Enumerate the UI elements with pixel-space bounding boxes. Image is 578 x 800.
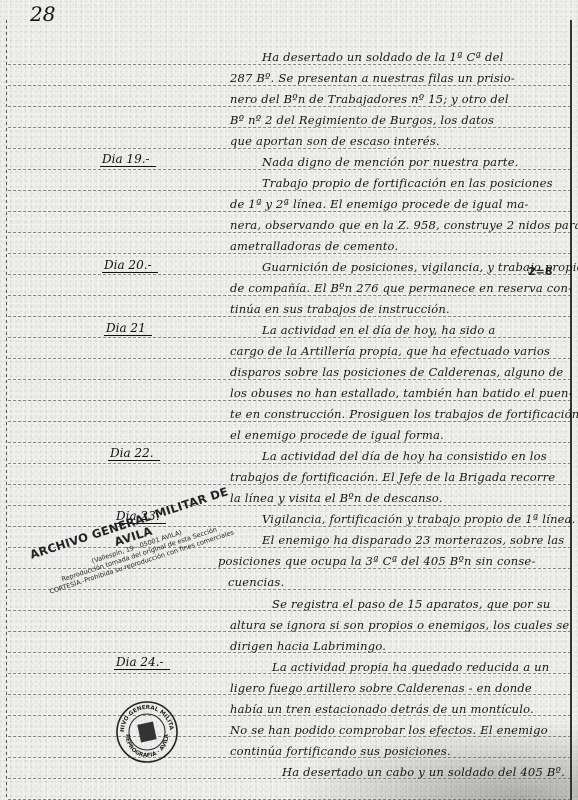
day-label-22: Dia 22. <box>108 446 160 461</box>
ruled-line <box>8 358 570 359</box>
ruled-line <box>8 148 570 149</box>
handwritten-line: Vigilancia, fortificación y trabajo prop… <box>262 512 576 526</box>
handwritten-line: Guarnición de posiciones, vigilancia, y … <box>262 260 578 274</box>
ruled-line <box>8 127 570 128</box>
ruled-line <box>8 295 570 296</box>
handwritten-line: ametralladoras de cemento. <box>230 239 398 253</box>
page-number: 28 <box>30 2 55 26</box>
ruled-line <box>8 190 570 191</box>
seal-emblem-icon: ARCHIVO GENERAL MILITAR DE REPROGRAFIA ·… <box>115 700 179 764</box>
handwritten-line: cargo de la Artillería propia, que ha ef… <box>230 344 550 358</box>
handwritten-line: posiciones que ocupa la 3ª Cª del 405 Bº… <box>218 554 536 568</box>
handwritten-line: Ha desertado un soldado de la 1ª Cª del <box>262 50 503 64</box>
handwritten-line: altura se ignora si son propios o enemig… <box>230 618 569 632</box>
document-page: 28 2=8 Dia 19.- Dia 20.- Dia 21 Dia 22. … <box>0 0 578 800</box>
handwritten-line: Se registra el paso de 15 aparatos, que … <box>272 597 551 611</box>
handwritten-line: Trabajo propio de fortificación en las p… <box>262 176 553 190</box>
ruled-line <box>8 169 570 170</box>
handwritten-line: te en construcción. Prosiguen los trabaj… <box>230 407 578 421</box>
archive-seal: ARCHIVO GENERAL MILITAR DE REPROGRAFIA ·… <box>115 700 179 764</box>
handwritten-line: de compañía. El Bºn 276 que permanece en… <box>230 281 572 295</box>
ruled-line <box>8 442 570 443</box>
handwritten-line: Nada digno de mención por nuestra parte. <box>262 155 519 169</box>
handwritten-line: tinúa en sus trabajos de instrucción. <box>230 302 450 316</box>
ruled-line <box>8 316 570 317</box>
ruled-line <box>8 64 570 65</box>
ruled-line <box>8 211 570 212</box>
handwritten-line: 287 Bº. Se presentan a nuestras filas un… <box>230 71 515 85</box>
ruled-line <box>8 400 570 401</box>
ruled-line <box>8 274 570 275</box>
ruled-line <box>8 253 570 254</box>
handwritten-line: nero del Bºn de Trabajadores nº 15; y ot… <box>230 92 509 106</box>
ruled-line <box>8 421 570 422</box>
handwritten-line: ligero fuego artillero sobre Calderenas … <box>230 681 532 695</box>
ruled-line <box>8 589 570 590</box>
day-label-20: Dia 20.- <box>102 258 158 273</box>
handwritten-line: los obuses no han estallado, también han… <box>230 386 573 400</box>
ruled-line <box>8 337 570 338</box>
handwritten-line: había un tren estacionado detrás de un m… <box>230 702 534 716</box>
handwritten-line: Bº nº 2 del Regimiento de Burgos, los da… <box>230 113 494 127</box>
handwritten-line: cuencias. <box>228 575 284 589</box>
handwritten-line: Ha desertado un cabo y un soldado del 40… <box>282 765 565 779</box>
handwritten-line: La actividad propia ha quedado reducida … <box>272 660 549 674</box>
handwritten-line: trabajos de fortificación. El Jefe de la… <box>230 470 555 484</box>
ruled-line <box>8 106 570 107</box>
day-label-19: Dia 19.- <box>100 152 156 167</box>
handwritten-line: disparos sobre las posiciones de Caldere… <box>230 365 563 379</box>
handwritten-line: la línea y visita el Bºn de descanso. <box>230 491 443 505</box>
handwritten-line: dirigen hacia Labrimingo. <box>230 639 386 653</box>
handwritten-line: No se han podido comprobar los efectos. … <box>230 723 548 737</box>
handwritten-line: el enemigo procede de igual forma. <box>230 428 444 442</box>
handwritten-line: que aportan son de escaso interés. <box>230 134 440 148</box>
handwritten-line: El enemigo ha disparado 23 morterazos, s… <box>262 533 564 547</box>
handwritten-line: nera, observando que en la Z. 958, const… <box>230 218 578 232</box>
ruled-line <box>8 505 570 506</box>
ruled-line <box>8 379 570 380</box>
ruled-line <box>8 484 570 485</box>
ruled-line <box>8 463 570 464</box>
handwritten-line: continúa fortificando sus posiciones. <box>230 744 451 758</box>
handwritten-line: de 1ª y 2ª línea. El enemigo procede de … <box>230 197 529 211</box>
handwritten-line: La actividad del día de hoy ha consistid… <box>262 449 547 463</box>
day-label-21: Dia 21 <box>104 321 152 336</box>
left-margin-line <box>6 20 7 800</box>
handwritten-line: La actividad en el día de hoy, ha sido a <box>262 323 495 337</box>
ruled-line <box>8 85 570 86</box>
day-label-24: Dia 24.- <box>114 655 170 670</box>
ruled-line <box>8 232 570 233</box>
